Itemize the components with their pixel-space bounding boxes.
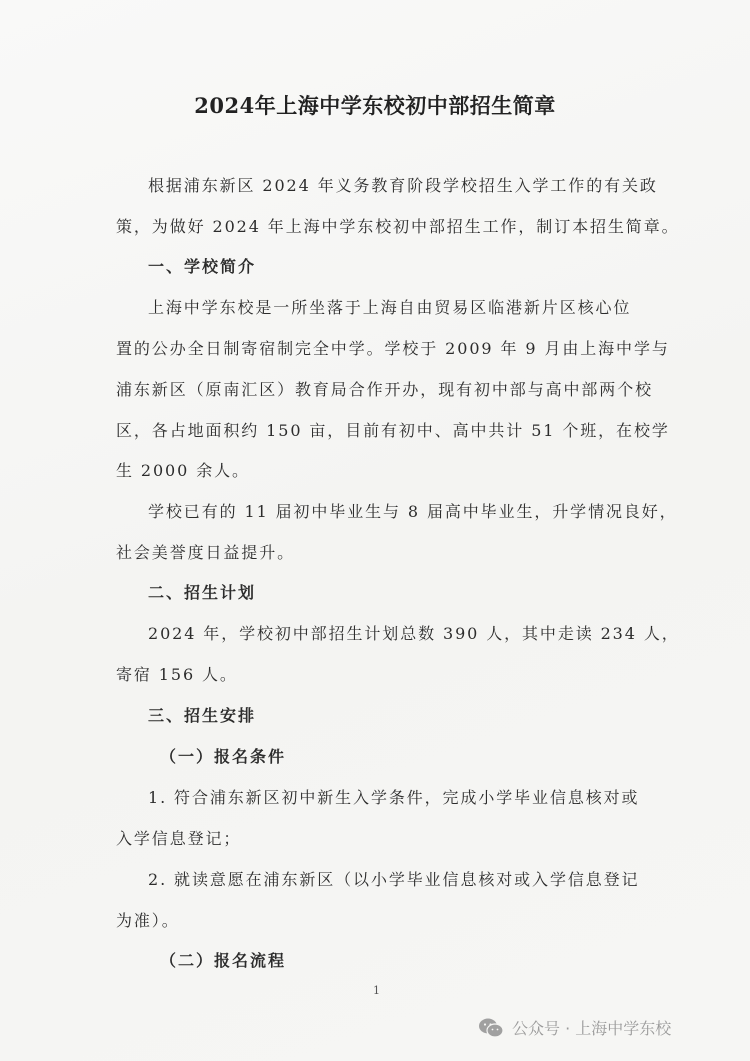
watermark-text: 公众号 · 上海中学东校 xyxy=(512,1016,671,1039)
document-title: 2024年上海中学东校初中部招生简章 xyxy=(0,90,750,120)
section-heading-enrollment-plan: 二、招生计划 xyxy=(148,580,256,603)
subsection-heading-registration-conditions: （一）报名条件 xyxy=(160,744,286,767)
paragraph-line: 上海中学东校是一所坐落于上海自由贸易区临港新片区核心位 xyxy=(148,295,631,318)
subsection-heading-registration-process: （二）报名流程 xyxy=(160,948,286,971)
paragraph-line: 区，各占地面积约 150 亩，目前有初中、高中共计 51 个班，在校学 xyxy=(116,418,670,441)
document-page: 2024年上海中学东校初中部招生简章 根据浦东新区 2024 年义务教育阶段学校… xyxy=(0,0,750,1061)
intro-line-1: 根据浦东新区 2024 年义务教育阶段学校招生入学工作的有关政 xyxy=(148,173,658,196)
watermark: 公众号 · 上海中学东校 xyxy=(478,1016,671,1039)
paragraph-line: 学校已有的 11 届初中毕业生与 8 届高中毕业生，升学情况良好， xyxy=(148,499,678,522)
paragraph-line: 寄宿 156 人。 xyxy=(116,662,238,685)
paragraph-line: 社会美誉度日益提升。 xyxy=(116,540,295,563)
paragraph-line: 生 2000 余人。 xyxy=(116,458,250,481)
paragraph-line: 浦东新区（原南汇区）教育局合作开办，现有初中部与高中部两个校 xyxy=(116,377,653,400)
paragraph-line: 置的公办全日制寄宿制完全中学。学校于 2009 年 9 月由上海中学与 xyxy=(116,336,670,359)
list-item-line: 1. 符合浦东新区初中新生入学条件，完成小学毕业信息核对或 xyxy=(148,785,639,808)
section-heading-enrollment-arrangement: 三、招生安排 xyxy=(148,703,256,726)
section-heading-school-intro: 一、学校简介 xyxy=(148,254,256,277)
wechat-icon xyxy=(478,1018,504,1038)
list-item-line: 入学信息登记； xyxy=(116,826,241,849)
list-item-line: 2. 就读意愿在浦东新区（以小学毕业信息核对或入学信息登记 xyxy=(148,867,639,890)
page-number: 1 xyxy=(373,984,380,997)
list-item-line: 为准）。 xyxy=(116,908,180,931)
paragraph-line: 2024 年，学校初中部招生计划总数 390 人，其中走读 234 人， xyxy=(148,621,680,644)
intro-line-2: 策，为做好 2024 年上海中学东校初中部招生工作，制订本招生简章。 xyxy=(116,214,680,237)
